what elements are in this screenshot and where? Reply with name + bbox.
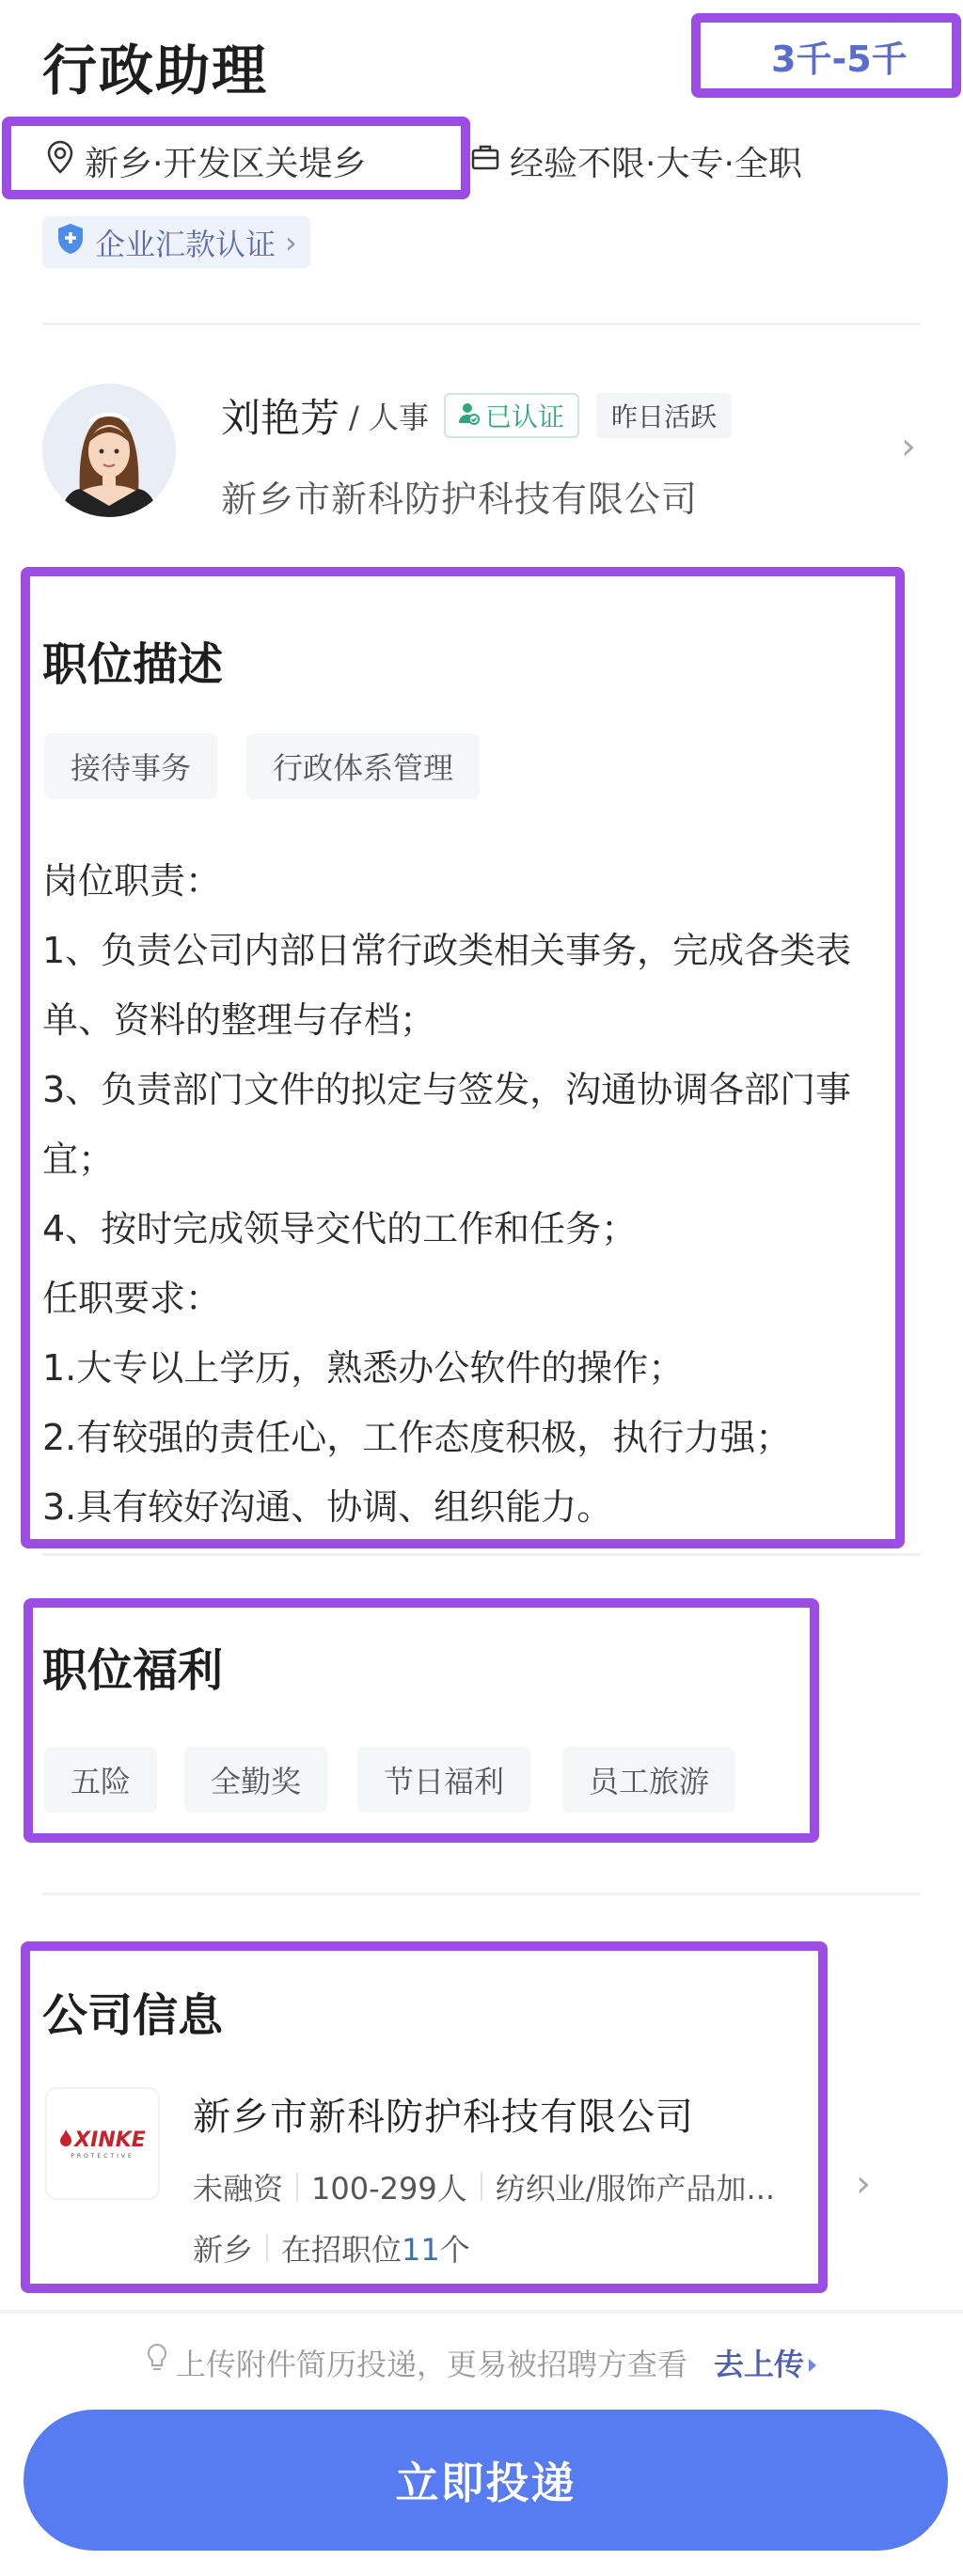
description-line: 3、负责部门文件的拟定与签发，沟通协调各部门事 (42, 1055, 903, 1124)
benefit-tag: 五险 (44, 1747, 157, 1813)
divider (42, 322, 921, 325)
company-size: 100-299人 (311, 2165, 467, 2208)
description-line: 2.有较强的责任心，工作态度积极，执行力强； (42, 1403, 903, 1472)
openings-prefix: 在招职位 (281, 2232, 402, 2268)
upload-link[interactable]: 去上传 (714, 2341, 817, 2384)
description-line: 单、资料的整理与存档； (42, 985, 903, 1055)
description-line: 岗位职责： (42, 846, 903, 916)
flame-icon (59, 2129, 72, 2150)
company-logo[interactable]: XINKE PROTECTIVE (45, 2087, 160, 2200)
certification-label: 企业汇款认证 (95, 221, 276, 264)
logo-brand: XINKE (74, 2128, 146, 2152)
separator (481, 2173, 482, 2201)
lightbulb-icon (146, 2343, 168, 2382)
location-text: 新乡·开发区关堤乡 (85, 137, 366, 185)
separator (296, 2173, 298, 2201)
verified-user-icon (459, 401, 480, 432)
hint-text: 上传附件简历投递，更易被招聘方查看 (176, 2341, 687, 2384)
job-requirements: 经验不限·大专·全职 (470, 137, 802, 185)
company-section-title: 公司信息 (42, 1979, 223, 2044)
company-openings: 在招职位11个 (281, 2226, 470, 2270)
recruiter-name: 刘艳芳 (221, 387, 339, 444)
apply-now-button[interactable]: 立即投递 (24, 2410, 948, 2551)
description-line: 3.具有较好沟通、协调、组织能力。 (42, 1472, 903, 1542)
logo-subtitle: PROTECTIVE (71, 2153, 134, 2160)
skill-tag: 行政体系管理 (246, 733, 480, 799)
verified-label: 已认证 (485, 397, 564, 434)
company-meta: 未融资 100-299人 纺织业/服饰产品加... (193, 2165, 775, 2208)
divider (42, 1553, 921, 1556)
description-line: 4、按时完成领导交代的工作和任务； (42, 1194, 903, 1264)
chevron-right-icon[interactable]: › (856, 2162, 871, 2206)
company-meta-secondary: 新乡 在招职位11个 (193, 2226, 470, 2270)
chevron-right-icon: › (285, 225, 297, 260)
job-title: 行政助理 (42, 26, 268, 105)
company-city: 新乡 (193, 2226, 253, 2270)
recruiter-role: / 人事 (349, 394, 429, 437)
description-line: 1、负责公司内部日常行政类相关事务，完成各类表 (42, 916, 903, 985)
salary: 3千-5千 (771, 30, 908, 82)
description-title: 职位描述 (42, 628, 223, 693)
description-line: 任职要求： (42, 1264, 903, 1333)
benefit-tag: 员工旅游 (562, 1747, 735, 1813)
triangle-right-icon (808, 2345, 817, 2380)
benefit-tag: 节日福利 (357, 1747, 530, 1813)
recruiter-avatar[interactable] (42, 384, 176, 517)
shield-plus-icon (55, 222, 86, 263)
benefit-tag: 全勤奖 (184, 1747, 327, 1813)
divider (42, 1893, 921, 1895)
certification-badge[interactable]: 企业汇款认证 › (42, 216, 310, 268)
benefits-title: 职位福利 (42, 1634, 223, 1699)
description-line: 1.大专以上学历，熟悉办公软件的操作； (42, 1333, 903, 1403)
company-name[interactable]: 新乡市新科防护科技有限公司 (193, 2087, 694, 2141)
activity-badge: 昨日活跃 (596, 393, 732, 438)
upload-link-label: 去上传 (714, 2341, 804, 2384)
verified-badge: 已认证 (444, 393, 579, 438)
briefcase-icon (470, 142, 500, 181)
job-location[interactable]: 新乡·开发区关堤乡 (45, 137, 366, 185)
separator (266, 2234, 268, 2262)
description-line: 宜； (42, 1124, 903, 1194)
upload-hint: 上传附件简历投递，更易被招聘方查看 去上传 (0, 2341, 963, 2384)
requirements-text: 经验不限·大专·全职 (510, 137, 802, 185)
footer-divider (0, 2310, 963, 2314)
company-industry: 纺织业/服饰产品加... (496, 2165, 775, 2208)
chevron-right-icon[interactable]: › (901, 425, 916, 468)
location-pin-icon (45, 140, 75, 182)
company-funding: 未融资 (193, 2165, 283, 2208)
recruiter-info[interactable]: 刘艳芳 / 人事 已认证 昨日活跃 (221, 387, 732, 444)
description-body: 岗位职责： 1、负责公司内部日常行政类相关事务，完成各类表 单、资料的整理与存档… (42, 846, 903, 1542)
recruiter-company: 新乡市新科防护科技有限公司 (221, 470, 698, 522)
skill-tag: 接待事务 (44, 733, 217, 799)
openings-count: 11 (402, 2232, 440, 2268)
openings-suffix: 个 (440, 2232, 470, 2268)
